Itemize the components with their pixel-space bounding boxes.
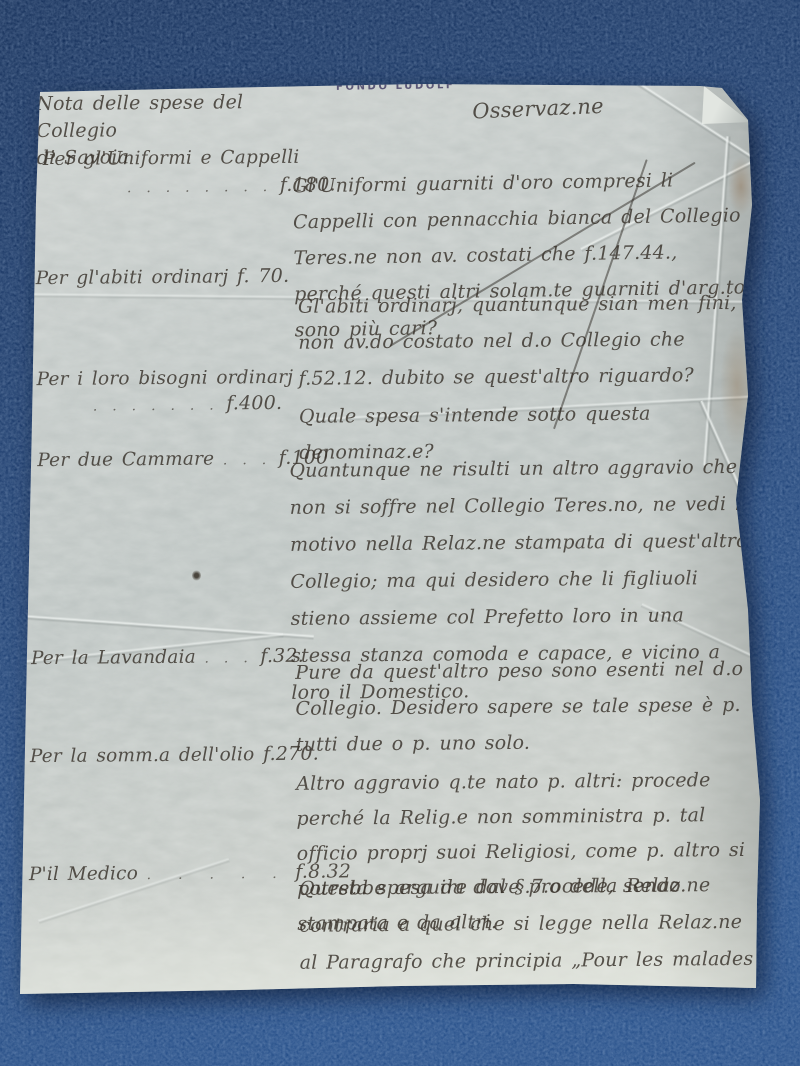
ledger-entry: Per la somm.a dell'olio f.270. [30, 743, 319, 768]
dot-leader: . . . [204, 650, 251, 666]
observations-heading: Osservaz.ne [472, 94, 604, 124]
observation-paragraph: Questa spesa da dove procede, sendo cont… [299, 867, 762, 1019]
entry-label: P'il Medico [29, 863, 138, 885]
manuscript-paper: FONDO LUDOLF Nota delle spese del Colleg… [14, 76, 764, 1000]
photo-scene: FONDO LUDOLF Nota delle spese del Colleg… [0, 0, 800, 1066]
observation-paragraph: Pure da quest'altro peso sono esenti nel… [295, 651, 760, 763]
observation-paragraph: Gl'abiti ordinarj, quantunque sian men f… [298, 285, 749, 397]
ledger-entry: Per gl'abiti ordinarj f. 70. [36, 265, 290, 289]
entry-label: Per due Cammare [37, 449, 214, 472]
ledger-entry: Per due Cammare . . . f.100 [37, 447, 328, 472]
dot-leader: . . . . . . . [93, 397, 218, 414]
dot-leader: . . . . . . . . [127, 179, 271, 196]
manuscript-content: Nota delle spese del Collegio di Savoia … [10, 73, 768, 1004]
entry-label: Per gl'Uniformi e Cappelli [43, 147, 300, 170]
manuscript-paper-wrap: FONDO LUDOLF Nota delle spese del Colleg… [14, 76, 764, 1000]
entry-amount: f. 70. [237, 265, 290, 287]
entry-label: Per la Lavandaia [31, 647, 196, 669]
dot-leader: . . . . . [147, 866, 287, 883]
entry-label: Per la somm.a dell'olio [30, 744, 255, 767]
dot-leader: . . . [223, 452, 270, 468]
entry-amount: f.400. [226, 392, 282, 414]
title-line1: Nota delle spese del Collegio [36, 91, 243, 142]
entry-label: Per gl'abiti ordinarj [36, 266, 229, 289]
ledger-entry: Per la Lavandaia . . . f.32. [31, 645, 304, 669]
entry-label: Per i loro bisogni ordinarj [37, 367, 294, 390]
ledger-entry: Per i loro bisogni ordinarj . . . . . . … [37, 367, 294, 416]
